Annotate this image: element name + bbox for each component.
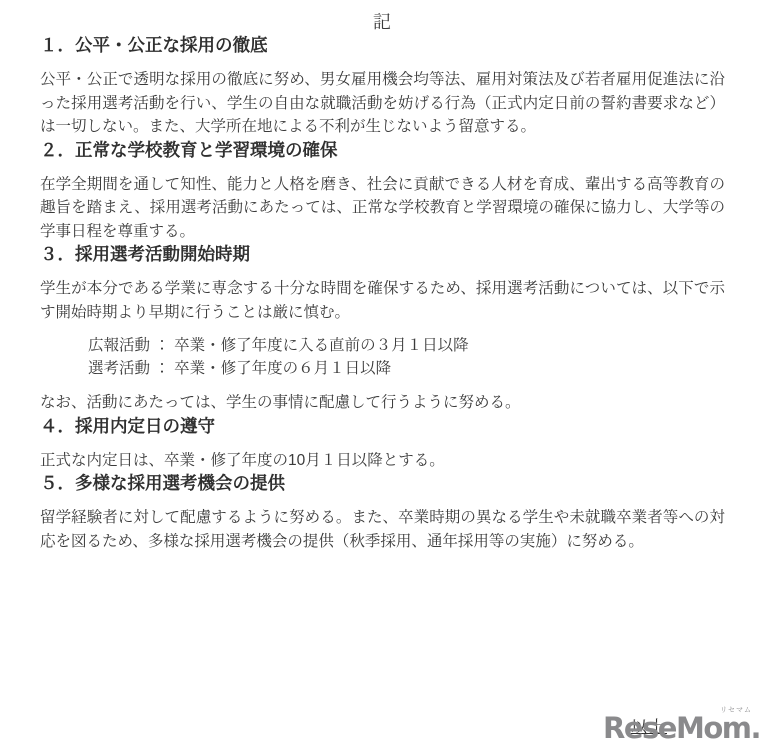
- selection-schedule-list: 広報活動 ： 卒業・修了年度に入る直前の３月１日以降 選考活動 ： 卒業・修了年…: [40, 334, 725, 380]
- document-content: １．公平・公正な採用の徹底 公平・公正で透明な採用の徹底に努め、男女雇用機会均等…: [0, 34, 765, 553]
- section-3-heading: ３．採用選考活動開始時期: [40, 243, 725, 265]
- section-4-heading: ４．採用内定日の遵守: [40, 415, 725, 437]
- document-title: 記: [0, 0, 765, 34]
- section-5-heading: ５．多様な採用選考機会の提供: [40, 472, 725, 494]
- section-5-body: 留学経験者に対して配慮するように努める。また、卒業時期の異なる学生や未就職卒業者…: [40, 506, 725, 553]
- document-page: 記 １．公平・公正な採用の徹底 公平・公正で透明な採用の徹底に努め、男女雇用機会…: [0, 0, 765, 744]
- section-offer-date: ４．採用内定日の遵守 正式な内定日は、卒業・修了年度の10月１日以降とする。: [40, 415, 725, 473]
- resemom-logo-ruby: リセマム: [720, 707, 752, 714]
- section-3-note: なお、活動にあたっては、学生の事情に配慮して行うように努める。: [40, 391, 725, 415]
- section-fair-recruitment: １．公平・公正な採用の徹底 公平・公正で透明な採用の徹底に努め、男女雇用機会均等…: [40, 34, 725, 139]
- section-1-body: 公平・公正で透明な採用の徹底に努め、男女雇用機会均等法、雇用対策法及び若者雇用促…: [40, 68, 725, 139]
- section-3-body: 学生が本分である学業に専念する十分な時間を確保するため、採用選考活動については、…: [40, 277, 725, 324]
- section-2-heading: ２．正常な学校教育と学習環境の確保: [40, 139, 725, 161]
- schedule-row-pr-activity: 広報活動 ： 卒業・修了年度に入る直前の３月１日以降: [88, 334, 725, 357]
- section-school-education: ２．正常な学校教育と学習環境の確保 在学全期間を通して知性、能力と人格を磨き、社…: [40, 139, 725, 244]
- resemom-logo-text: ReseMom.: [603, 711, 760, 744]
- document-footer: 以上 リセマム ReseMom.: [442, 698, 762, 744]
- section-4-body: 正式な内定日は、卒業・修了年度の10月１日以降とする。: [40, 449, 725, 473]
- resemom-logo: リセマム ReseMom.: [603, 714, 760, 743]
- section-diverse-opportunities: ５．多様な採用選考機会の提供 留学経験者に対して配慮するように努める。また、卒業…: [40, 472, 725, 553]
- section-1-heading: １．公平・公正な採用の徹底: [40, 34, 725, 56]
- section-2-body: 在学全期間を通して知性、能力と人格を磨き、社会に貢献できる人材を育成、輩出する高…: [40, 173, 725, 244]
- schedule-row-selection-activity: 選考活動 ： 卒業・修了年度の６月１日以降: [88, 357, 725, 380]
- section-selection-start-period: ３．採用選考活動開始時期 学生が本分である学業に専念する十分な時間を確保するため…: [40, 243, 725, 415]
